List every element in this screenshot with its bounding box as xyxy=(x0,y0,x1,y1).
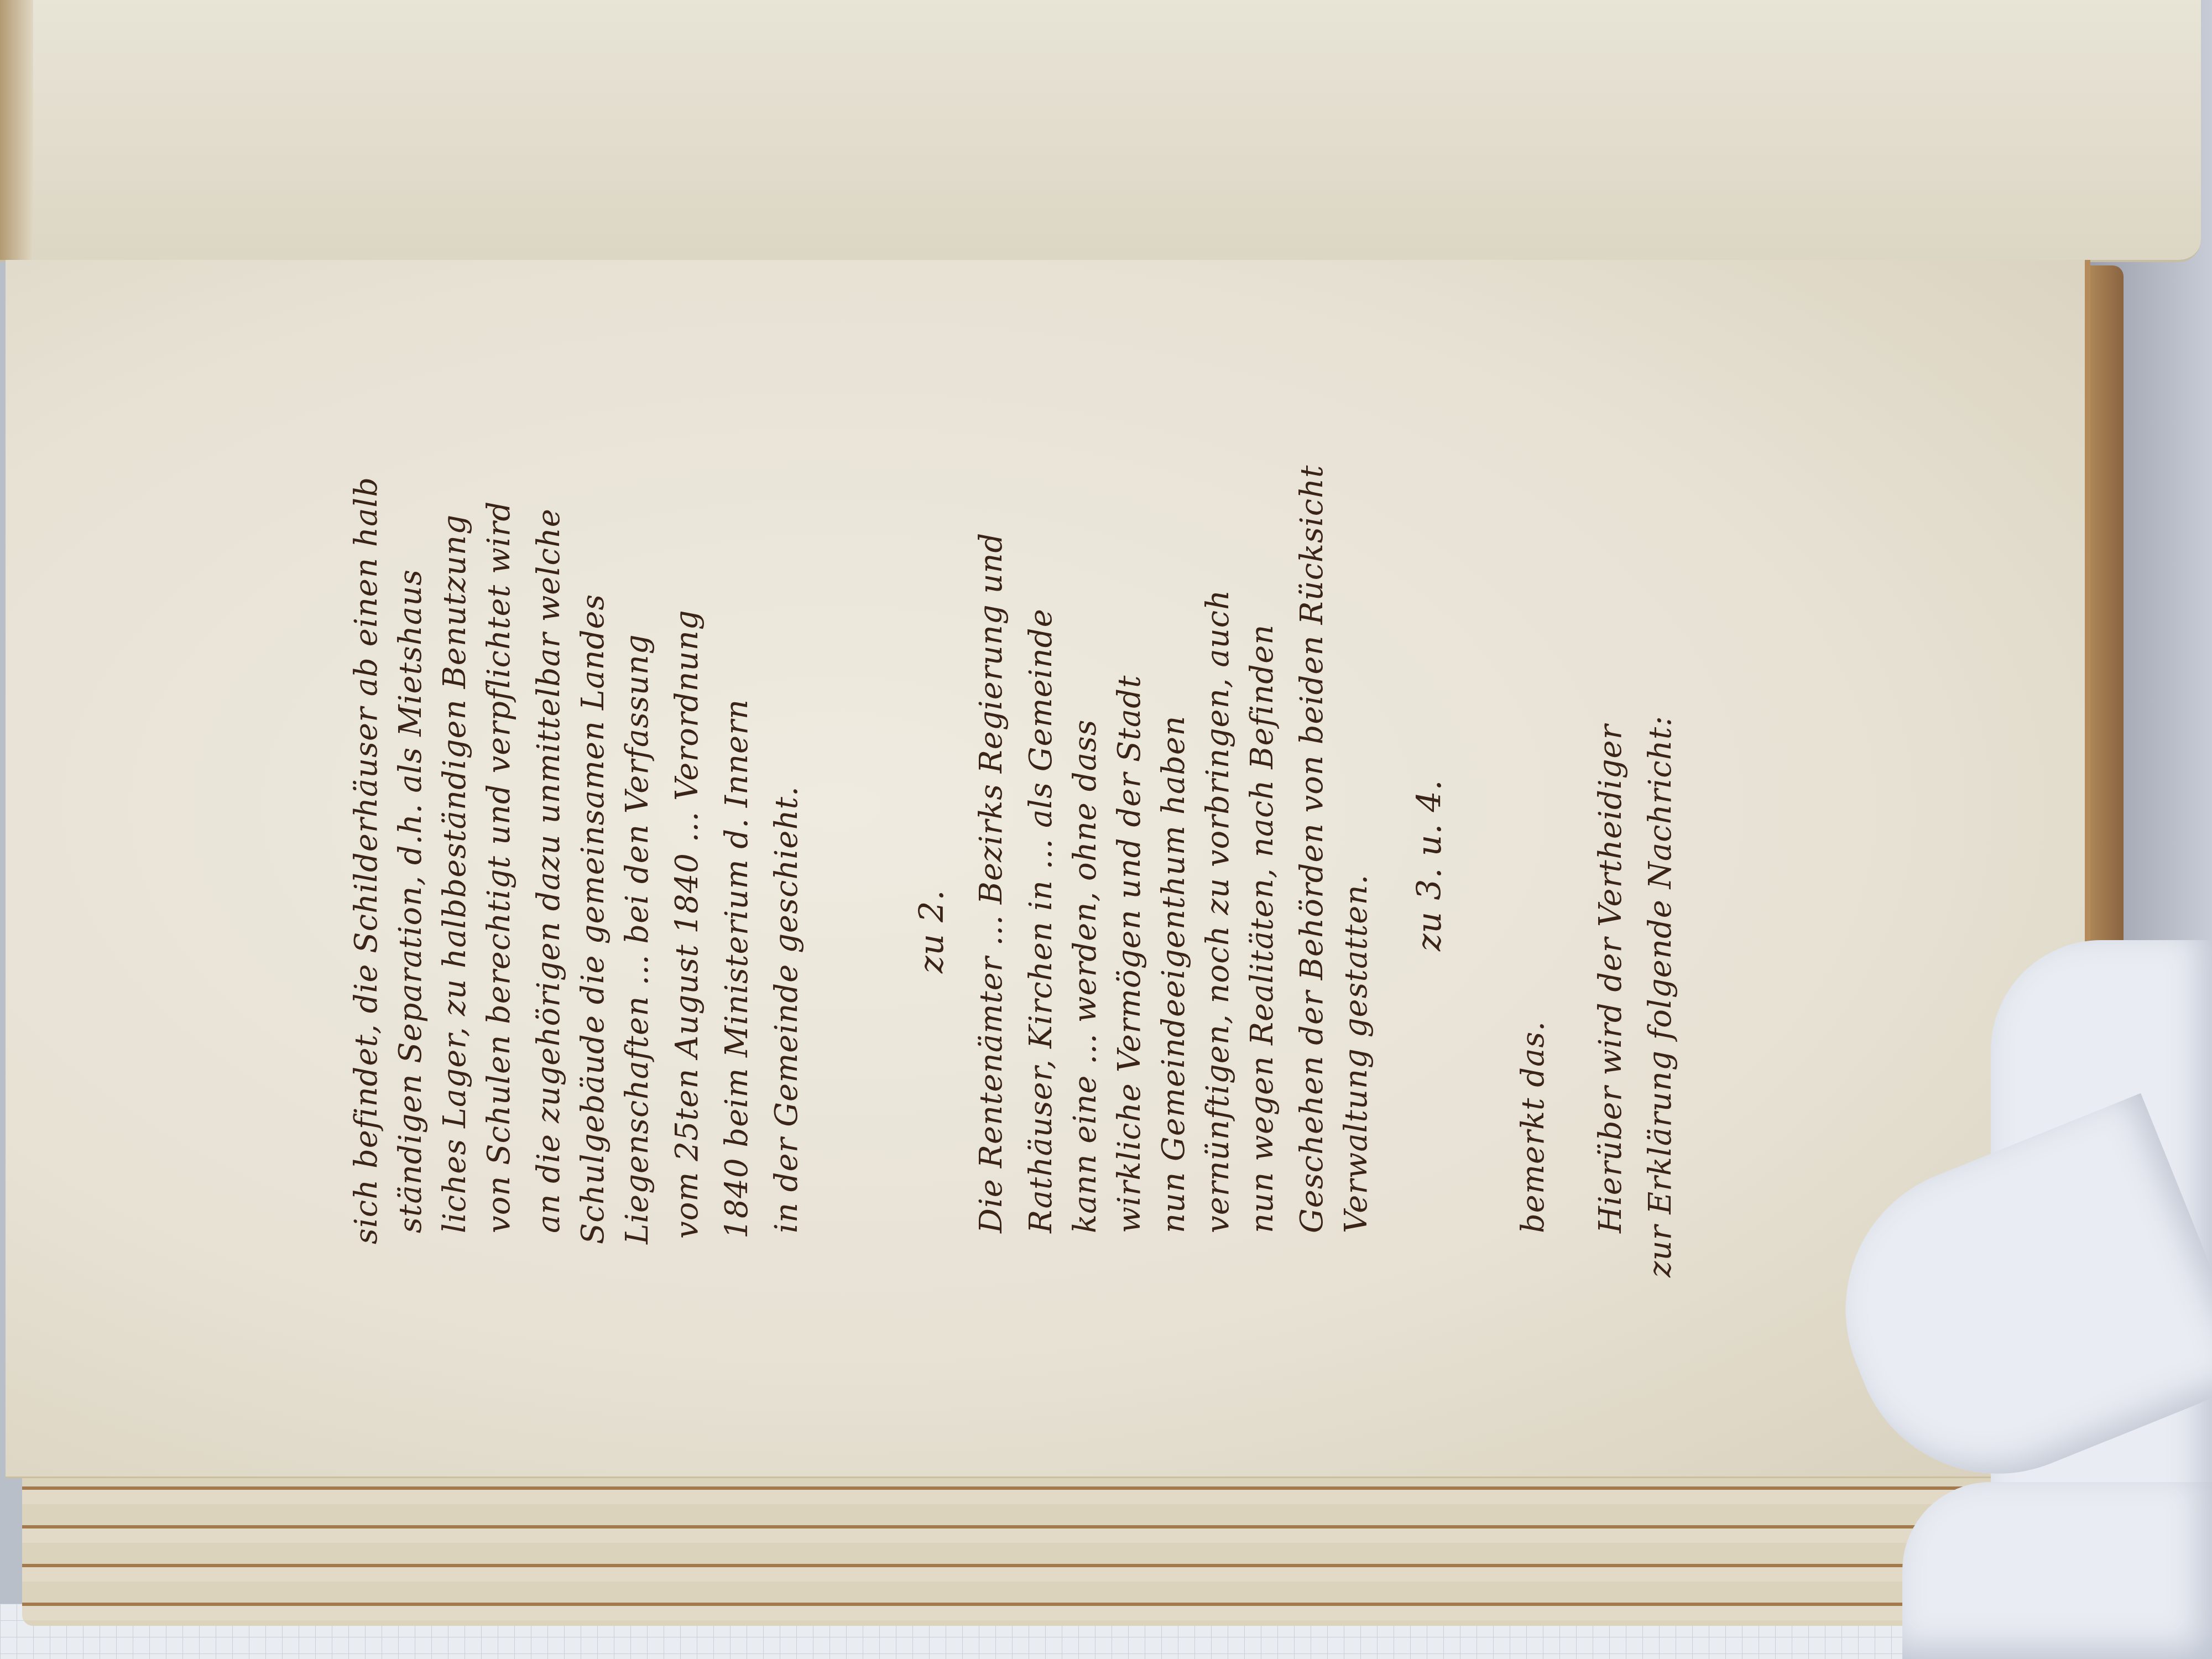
text-line: kann eine ... werden, ohne dass xyxy=(1067,719,1103,1233)
text-line: zur Erklärung folgende Nachricht: xyxy=(1642,716,1678,1277)
gloved-fingers xyxy=(1902,1482,2212,1659)
text-line: nun wegen Realitäten, nach Befinden xyxy=(1244,624,1280,1233)
text-line: von Schulen berechtigt und verpflichtet … xyxy=(481,501,517,1233)
text-line: 1840 beim Ministerium d. Innern xyxy=(719,699,755,1239)
text-line: Geschehen der Behörden von beiden Rücksi… xyxy=(1294,465,1330,1233)
text-line: Die Rentenämter ... Bezirks Regierung un… xyxy=(973,533,1009,1233)
text-line: wirkliche Vermögen und der Stadt xyxy=(1112,675,1147,1233)
text-line: in der Gemeinde geschieht. xyxy=(769,786,805,1233)
manuscript-page: sich befindet, die Schilderhäuser ab ein… xyxy=(6,260,2090,1478)
section-heading: zu 3. u. 4. xyxy=(1410,779,1449,951)
text-line: vom 25ten August 1840 ... Verordnung xyxy=(669,609,705,1239)
facing-page xyxy=(0,0,2201,262)
text-line: Hierüber wird der Vertheidiger xyxy=(1593,724,1629,1233)
text-line: Rathäuser, Kirchen in ... als Gemeinde xyxy=(1023,608,1059,1233)
text-line: sich befindet, die Schilderhäuser ab ein… xyxy=(348,477,384,1244)
text-line: vernünftigen, noch zu vorbringen, auch xyxy=(1200,589,1236,1233)
text-line: Schulgebäude die gemeinsamen Landes xyxy=(575,594,611,1244)
text-line: Verwaltung gestatten. xyxy=(1338,874,1374,1233)
text-line: liches Lager, zu halbbeständigen Benutzu… xyxy=(437,514,473,1233)
facing-page-edge xyxy=(0,0,33,260)
text-line: bemerkt das. xyxy=(1515,1021,1551,1233)
text-line: nun Gemeindeeigenthum haben xyxy=(1156,716,1192,1233)
text-line: an die zugehörigen dazu unmittelbar welc… xyxy=(531,508,567,1233)
section-heading: zu 2. xyxy=(912,889,951,973)
text-line: ständigen Separation, d.h. als Mietshaus xyxy=(393,569,429,1233)
text-line: Liegenschaften ... bei den Verfassung xyxy=(619,634,655,1244)
